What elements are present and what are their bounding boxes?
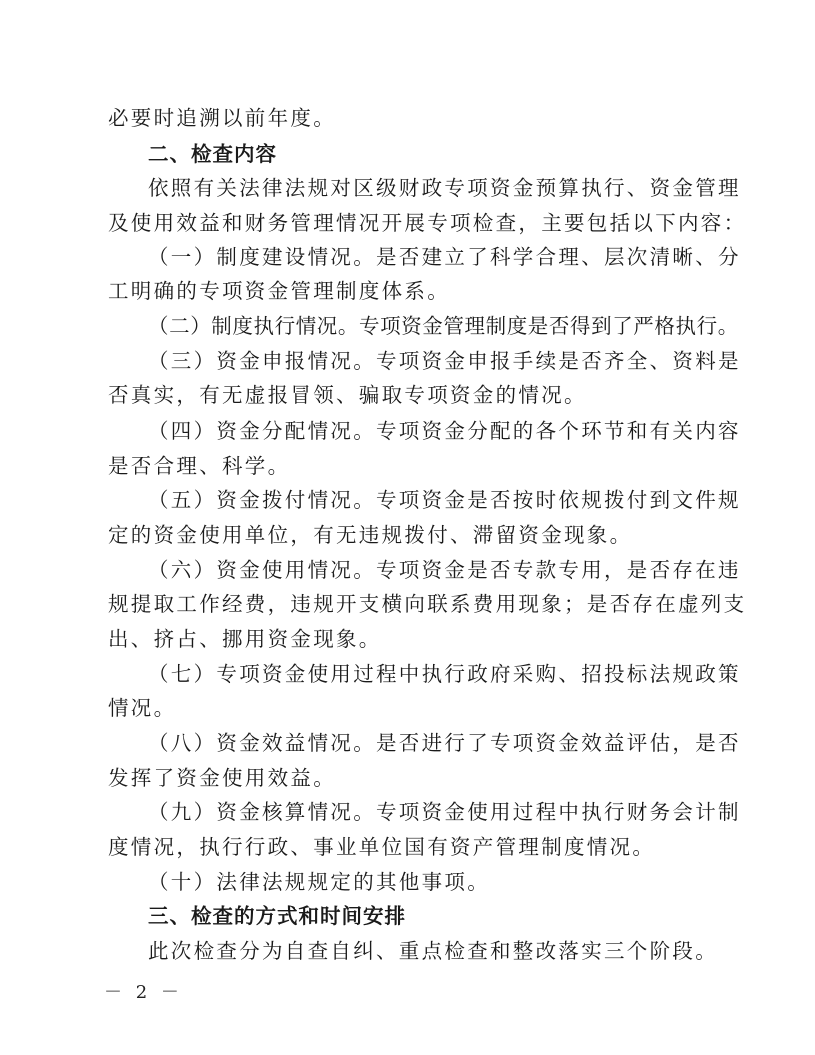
document-page: 必要时追溯以前年度。 二、检查内容 依照有关法律法规对区级财政专项资金预算执行、… xyxy=(0,0,815,1055)
list-item-10: （十）法律法规规定的其他事项。 xyxy=(148,866,718,898)
text-line: 依照有关法律法规对区级财政专项资金预算执行、资金管理 xyxy=(148,172,674,204)
list-item-6: （六）资金使用情况。专项资金是否专款专用，是否存在违 xyxy=(148,554,674,586)
list-item-7: （七）专项资金使用过程中执行政府采购、招投标法规政策 xyxy=(148,658,674,690)
list-item-3: （三）资金申报情况。专项资金申报手续是否齐全、资料是 xyxy=(148,345,674,377)
text-line: 必要时追溯以前年度。 xyxy=(108,102,678,134)
list-item-8: （八）资金效益情况。是否进行了专项资金效益评估，是否 xyxy=(148,727,674,759)
list-item-4: （四）资金分配情况。专项资金分配的各个环节和有关内容 xyxy=(148,415,674,447)
list-item-1: （一）制度建设情况。是否建立了科学合理、层次清晰、分 xyxy=(148,241,674,273)
list-item-2: （二）制度执行情况。专项资金管理制度是否得到了严格执行。 xyxy=(148,310,718,342)
section-heading-3: 三、检查的方式和时间安排 xyxy=(148,900,718,932)
list-item-9: （九）资金核算情况。专项资金使用过程中执行财务会计制 xyxy=(148,796,674,828)
text-line: 否真实，有无虚报冒领、骗取专项资金的情况。 xyxy=(108,379,678,411)
text-line: 情况。 xyxy=(108,692,678,724)
list-item-5: （五）资金拨付情况。专项资金是否按时依规拨付到文件规 xyxy=(148,484,674,516)
text-line: 发挥了资金使用效益。 xyxy=(108,762,678,794)
text-line: 度情况，执行行政、事业单位国有资产管理制度情况。 xyxy=(108,831,678,863)
text-line: 及使用效益和财务管理情况开展专项检查，主要包括以下内容： xyxy=(108,207,674,239)
text-line: 规提取工作经费，违规开支横向联系费用现象；是否存在虚列支 xyxy=(108,588,674,620)
text-line: 是否合理、科学。 xyxy=(108,450,678,482)
text-line: 工明确的专项资金管理制度体系。 xyxy=(108,275,678,307)
section-heading-2: 二、检查内容 xyxy=(148,138,718,170)
text-line: 此次检查分为自查自纠、重点检查和整改落实三个阶段。 xyxy=(148,935,718,967)
text-line: 定的资金使用单位，有无违规拨付、滞留资金现象。 xyxy=(108,519,678,551)
text-line: 出、挤占、挪用资金现象。 xyxy=(108,623,678,655)
page-number: － 2 － xyxy=(104,980,183,1006)
